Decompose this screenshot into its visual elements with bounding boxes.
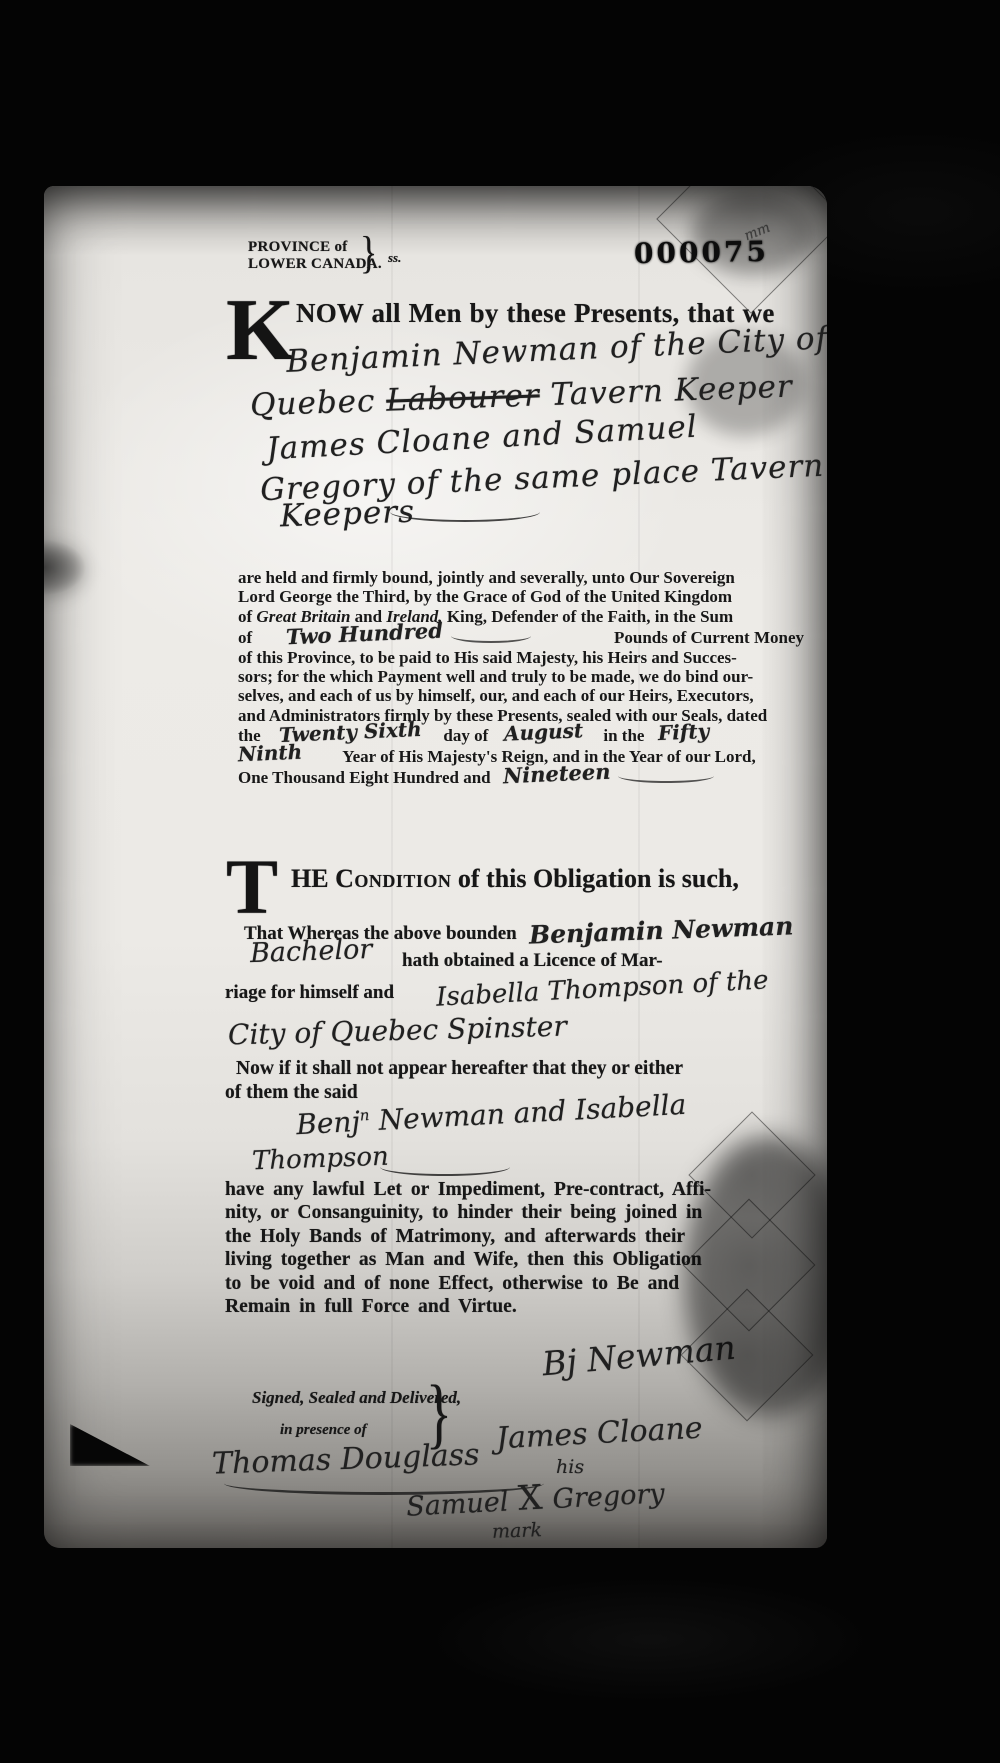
hw-struck-word: Labourer [386,377,541,418]
bond-line: Lord George the Third, by the Grace of G… [238,587,804,606]
condition-closing-paragraph: have any lawful Let or Impediment, Pre-c… [225,1178,711,1318]
jurat-abbreviation: ss. [388,250,401,266]
scanned-document-canvas: mm PROVINCE of LOWER CANADA. } ss. 00007… [0,0,1000,1763]
condition-para-line: have any lawful Let or Impediment, Pre-c… [225,1178,711,1201]
hw-mark-label: mark [492,1519,543,1543]
bond-text: day of [443,726,488,745]
condition-para-line: to be void and of none Effect, otherwise… [225,1272,711,1295]
dropcap-k: K [226,294,294,369]
flourish [390,502,540,522]
condition-heading-word: Condition [335,864,451,893]
condition-heading-he: HE [291,864,335,893]
condition-para-line: Remain in full Force and Virtue. [225,1295,711,1318]
document-number: 000075 [634,235,769,270]
bond-line-year: One Thousand Eight Hundred andNineteen [238,766,804,787]
opening-heading: NOW all Men by these Presents, that we [296,298,775,329]
bond-line: are held and firmly bound, jointly and s… [238,568,804,587]
condition-line-riage: riage for himself and [225,982,394,1004]
gregory-last-name: Gregory [552,1478,666,1515]
bond-line: of this Province, to be paid to His said… [238,648,804,667]
ink-smudge [44,544,84,596]
condition-para-line: nity, or Consanguinity, to hinder their … [225,1201,711,1224]
hw-groom-name: Benjamin Newman [528,911,793,949]
bond-text: of [238,607,256,626]
condition-heading-rest: of this Obligation is such, [451,864,739,893]
bond-text: King, Defender of the Faith, in the Sum [443,607,734,626]
bond-text: of [238,628,252,647]
hw-thompson: Thompson [252,1142,390,1177]
condition-para-line: living together as Man and Wife, then th… [225,1248,711,1271]
hw-benj: Benj [295,1105,361,1141]
hw-sum-amount: Two Hundred [286,621,444,647]
bond-text: in the [603,726,644,745]
bond-text: Pounds of Current Money [614,628,804,647]
province-brace: } [360,226,377,279]
bond-line: sors; for the which Payment well and tru… [238,667,804,686]
hw-month: August [504,722,584,745]
dropcap-t: T [226,854,278,920]
bond-paragraph: are held and firmly bound, jointly and s… [238,568,804,787]
bond-line: selves, and each of us by himself, our, … [238,686,804,705]
flourish [451,629,531,643]
hw-bride-residence: City of Quebec Spinster [228,1010,568,1052]
hw-regnal-year-2: Ninth [238,742,303,764]
hw-quebec: Quebec [250,383,387,424]
gregory-x-mark: X [517,1478,543,1519]
bond-line-sum: ofTwo HundredPounds of Current Money [238,626,804,647]
bond-line-date: theTwenty Sixthday ofAugustin theFifty [238,725,804,745]
condition-para-line: the Holy Bands of Matrimony, and afterwa… [225,1225,711,1248]
hw-groom-status: Bachelor [249,934,372,969]
flourish [380,1158,510,1176]
document-page: mm PROVINCE of LOWER CANADA. } ss. 00007… [44,186,827,1548]
condition-heading: HE Condition of this Obligation is such, [291,864,739,894]
torn-corner [70,1424,150,1466]
condition-line-licence: hath obtained a Licence of Mar- [402,950,663,972]
attestation-line-2: in presence of [280,1422,367,1439]
gregory-first-name: Samuel [405,1486,509,1522]
condition-line-now: Now if it shall not appear hereafter tha… [236,1058,683,1080]
condition-line-said: of them the said [225,1082,358,1104]
hw-regnal-year-1: Fifty [658,722,710,744]
bond-text: One Thousand Eight Hundred and [238,768,491,787]
flourish [618,769,714,783]
hw-year-word: Nineteen [502,762,610,786]
signature-cloane: James Cloane [495,1411,703,1457]
hw-bride-name: Isabella Thompson of the [435,965,769,1012]
